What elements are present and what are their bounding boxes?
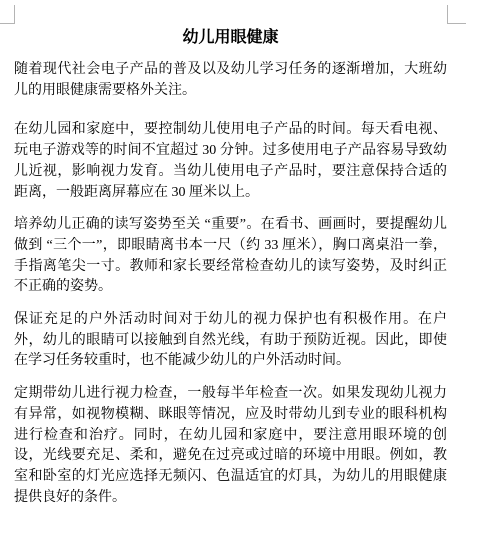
paragraph-vision-checkup[interactable]: 定期带幼儿进行视力检查，一般每半年检查一次。如果发现幼儿视力有异常，如视物模糊、… [14, 384, 447, 508]
paragraph-reading-posture[interactable]: 培养幼儿正确的读写姿势至关 “重要”。在看书、画画时，要提醒幼儿做到 “三个一”… [14, 215, 447, 298]
paragraph-outdoor-activity[interactable]: 保证充足的户外活动时间对于幼儿的视力保护也有积极作用。在户外，幼儿的眼睛可以接触… [14, 310, 447, 372]
paragraph-intro[interactable]: 随着现代社会电子产品的普及以及幼儿学习任务的逐渐增加，大班幼儿的用眼健康需要格外… [14, 60, 447, 101]
document-page: 幼儿用眼健康 随着现代社会电子产品的普及以及幼儿学习任务的逐渐增加，大班幼儿的用… [0, 0, 477, 549]
text-boundary-mark-top-left [0, 5, 15, 24]
text-boundary-mark-top-right [447, 5, 466, 24]
document-content: 幼儿用眼健康 随着现代社会电子产品的普及以及幼儿学习任务的逐渐增加，大班幼儿的用… [14, 0, 447, 520]
paragraph-electronic-devices[interactable]: 在幼儿园和家庭中，要控制幼儿使用电子产品的时间。每天看电视、玩电子游戏等的时间不… [14, 120, 447, 203]
document-title[interactable]: 幼儿用眼健康 [14, 27, 447, 48]
